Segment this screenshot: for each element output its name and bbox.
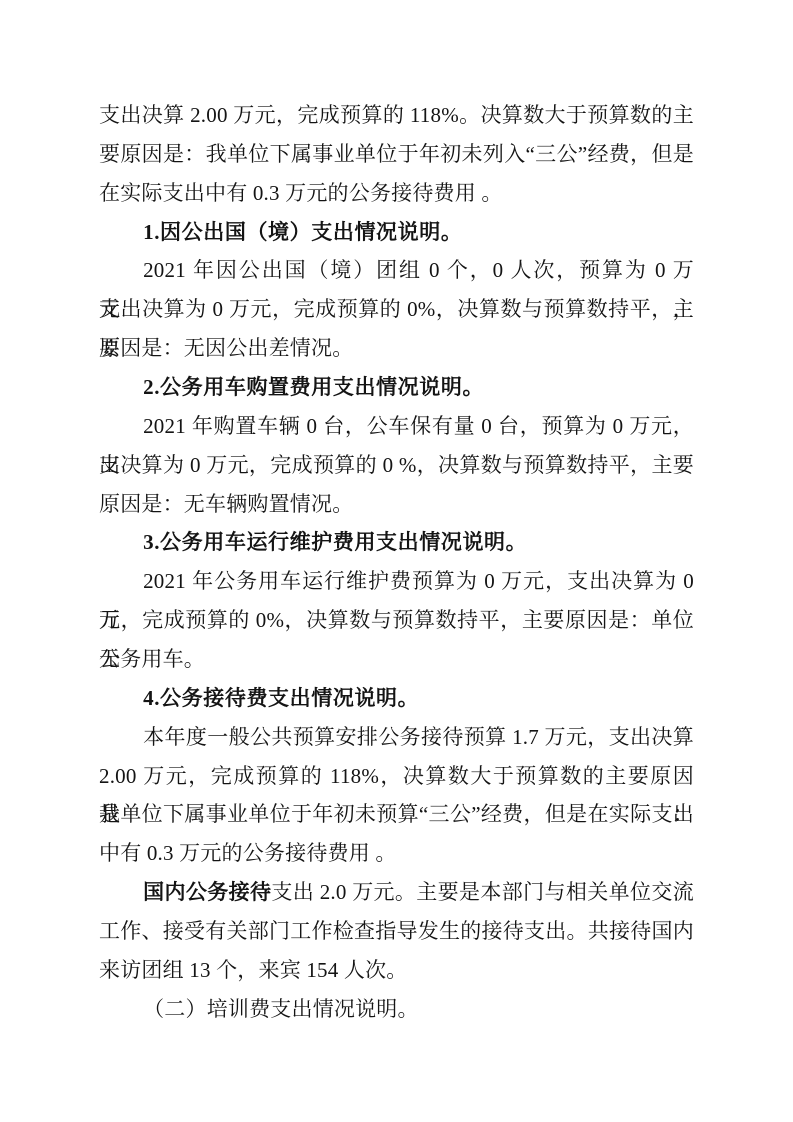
doc-text-line: 支出决算 2.00 万元，完成预算的 118%。决算数大于预算数的主 bbox=[99, 96, 694, 135]
doc-heading-line: 2.公务用车购置费用支出情况说明。 bbox=[99, 368, 694, 407]
doc-text-line: 国内公务接待支出 2.0 万元。主要是本部门与相关单位交流 bbox=[99, 873, 694, 912]
doc-text-line: 我单位下属事业单位于年初未预算“三公”经费，但是在实际支出 bbox=[99, 795, 694, 834]
doc-heading-line: 4.公务接待费支出情况说明。 bbox=[99, 679, 694, 718]
doc-text-line: 工作、接受有关部门工作检查指导发生的接待支出。共接待国内 bbox=[99, 912, 694, 951]
doc-text-line: 出决算为 0 万元，完成预算的 0 %，决算数与预算数持平，主要 bbox=[99, 446, 694, 485]
doc-text-line: 公务用车。 bbox=[99, 640, 694, 679]
doc-text-line: 原因是：无因公出差情况。 bbox=[99, 329, 694, 368]
doc-text-line: 原因是：无车辆购置情况。 bbox=[99, 485, 694, 524]
doc-text-line: 2.00 万元，完成预算的 118%，决算数大于预算数的主要原因是： bbox=[99, 757, 694, 796]
bold-run: 国内公务接待 bbox=[143, 880, 271, 904]
doc-text-line: 在实际支出中有 0.3 万元的公务接待费用 。 bbox=[99, 174, 694, 213]
document-text-block: 支出决算 2.00 万元，完成预算的 118%。决算数大于预算数的主要原因是：我… bbox=[99, 96, 694, 1029]
doc-text-line: 来访团组 13 个，来宾 154 人次。 bbox=[99, 951, 694, 990]
doc-text-line: 2021 年因公出国（境）团组 0 个，0 人次，预算为 0 万元， bbox=[99, 251, 694, 290]
doc-heading-line: 1.因公出国（境）支出情况说明。 bbox=[99, 213, 694, 252]
doc-text-line: （二）培训费支出情况说明。 bbox=[99, 990, 694, 1029]
doc-text-line: 2021 年购置车辆 0 台，公车保有量 0 台，预算为 0 万元，支 bbox=[99, 407, 694, 446]
doc-text-line: 中有 0.3 万元的公务接待费用 。 bbox=[99, 834, 694, 873]
doc-text-line: 要原因是：我单位下属事业单位于年初未列入“三公”经费，但是 bbox=[99, 135, 694, 174]
doc-text-line: 2021 年公务用车运行维护费预算为 0 万元，支出决算为 0 万 bbox=[99, 562, 694, 601]
document-page: 支出决算 2.00 万元，完成预算的 118%。决算数大于预算数的主要原因是：我… bbox=[0, 0, 793, 1122]
doc-text-line: 支出决算为 0 万元，完成预算的 0%，决算数与预算数持平，主要 bbox=[99, 290, 694, 329]
doc-text-line: 元，完成预算的 0%，决算数与预算数持平，主要原因是：单位无 bbox=[99, 601, 694, 640]
doc-heading-line: 3.公务用车运行维护费用支出情况说明。 bbox=[99, 523, 694, 562]
doc-text-line: 本年度一般公共预算安排公务接待预算 1.7 万元，支出决算 bbox=[99, 718, 694, 757]
